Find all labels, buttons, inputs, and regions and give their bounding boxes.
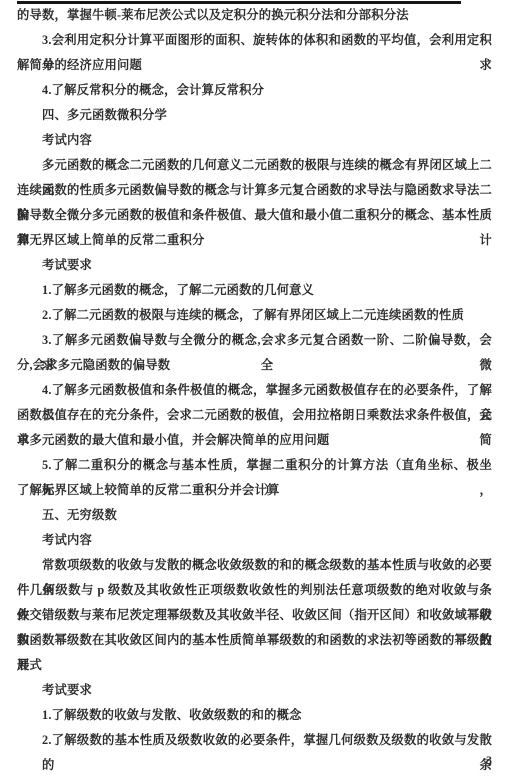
heading-line: 考试要求 xyxy=(17,678,492,703)
text-line: 5.了解二重积分的概念与基本性质，掌握二重积分的计算方法（直角坐标、极坐标）， xyxy=(17,453,492,478)
text-line: 和函数幂级数在其收敛区间内的基本性质简单幂级数的和函数的求法初等函数的幂级数展 xyxy=(17,628,492,653)
text-line: 1.了解级数的收敛与发散、收敛级数的和的概念 xyxy=(17,703,492,728)
text-line: 3.了解多元函数偏导数与全微分的概念,会求多元复合函数一阶、二阶偏导数，会求全微 xyxy=(17,328,492,353)
text-line: 多元函数的概念二元函数的几何意义二元函数的极限与连续的概念有界闭区域上二元 xyxy=(17,153,492,178)
text-line: 2.了解二元函数的极限与连续的概念，了解有界闭区域上二元连续函数的性质 xyxy=(17,303,492,328)
heading-line: 考试内容 xyxy=(17,128,492,153)
text-line: 4.了解反常积分的概念，会计算反常积分 xyxy=(17,78,492,103)
text-line: 偏导数全微分多元函数的极值和条件极值、最大值和最小值二重积分的概念、基本性质和计 xyxy=(17,203,492,228)
heading-line: 考试要求 xyxy=(17,253,492,278)
text-line: 常数项级数的收敛与发散的概念收敛级数的和的概念级数的基本性质与收敛的必要条 xyxy=(17,553,492,578)
text-line: 敛交错级数与莱布尼茨定理幂级数及其收敛半径、收敛区间（指开区间）和收敛域幂级数的 xyxy=(17,603,492,628)
text-line: 3.会利用定积分计算平面图形的面积、旋转体的体积和函数的平均值，会利用定积分求 xyxy=(17,28,492,53)
text-line: 4.了解多元函数极值和条件极值的概念，掌握多元函数极值存在的必要条件，了解二元 xyxy=(17,378,492,403)
document-page: 的导数，掌握牛顿-莱布尼茨公式以及定积分的换元积分法和分部积分法3.会利用定积分… xyxy=(0,0,508,780)
text-line: 1.了解多元函数的概念，了解二元函数的几何意义 xyxy=(17,278,492,303)
text-line: 函数极值存在的充分条件，会求二元函数的极值，会用拉格朗日乘数法求条件极值，会求简 xyxy=(17,403,492,428)
text-line: 件几何级数与 p 级数及其收敛性正项级数收敛性的判别法任意项级数的绝对收敛与条件… xyxy=(17,578,492,603)
document-text-block: 的导数，掌握牛顿-莱布尼茨公式以及定积分的换元积分法和分部积分法3.会利用定积分… xyxy=(17,3,492,753)
page-number: 3 xyxy=(17,752,492,768)
text-line: 连续函数的性质多元函数偏导数的概念与计算多元复合函数的求导法与隐函数求导法二阶 xyxy=(17,178,492,203)
text-line: 开式 xyxy=(17,653,492,678)
text-line: 2.了解级数的基本性质及级数收敛的必要条件，掌握几何级数及级数的收敛与发散的条 xyxy=(17,728,492,753)
heading-line: 考试内容 xyxy=(17,528,492,553)
heading-line: 五、无穷级数 xyxy=(17,503,492,528)
text-line: 的导数，掌握牛顿-莱布尼茨公式以及定积分的换元积分法和分部积分法 xyxy=(17,3,492,28)
heading-line: 四、多元函数微积分学 xyxy=(17,103,492,128)
